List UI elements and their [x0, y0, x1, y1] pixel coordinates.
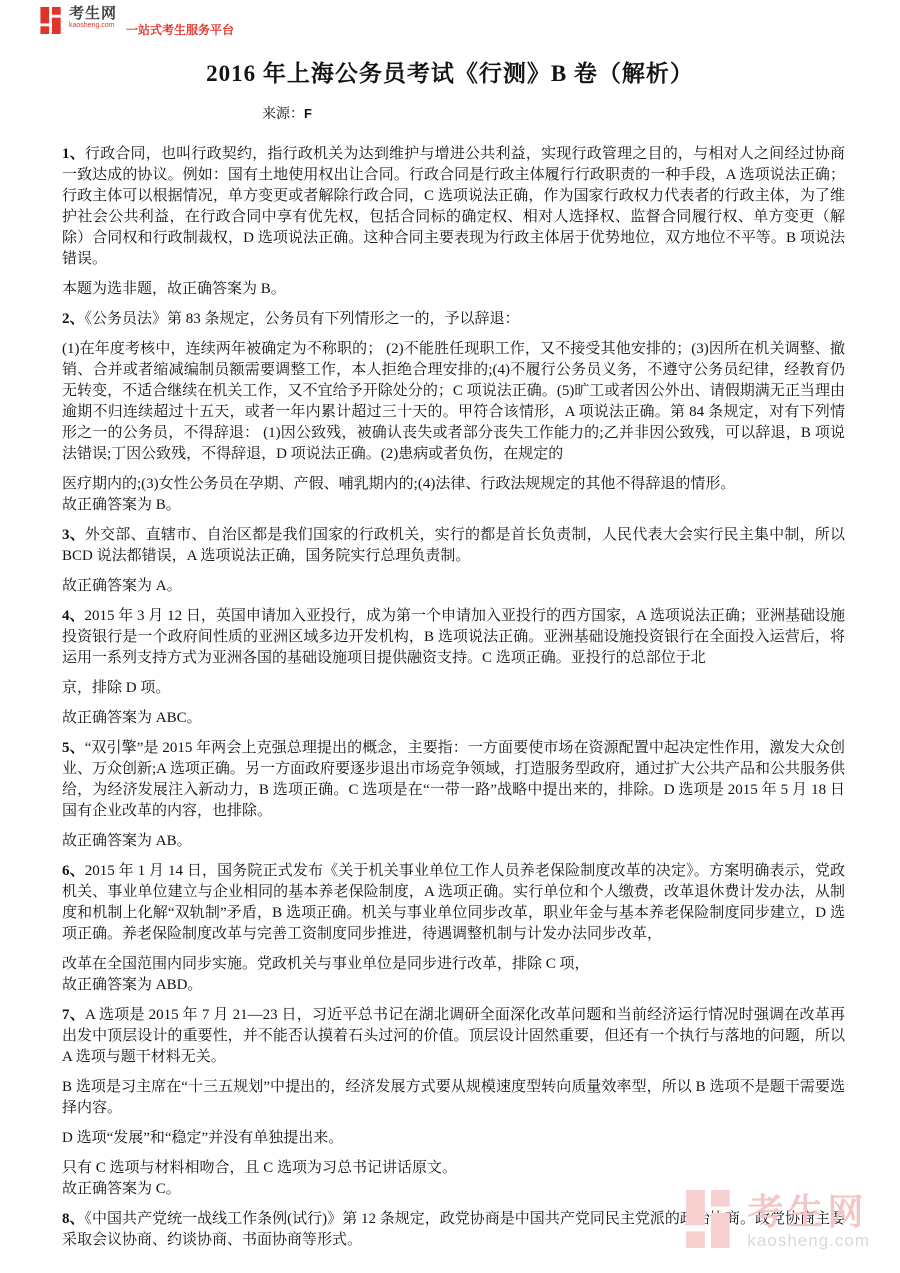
- source-value: F: [304, 106, 312, 121]
- paragraph-text: 行政合同，也叫行政契约，指行政机关为达到维护与增进公共利益，实现行政管理之目的，…: [62, 146, 845, 267]
- question-number: 1、: [62, 146, 85, 162]
- paragraph-text: 京，排除 D 项。: [62, 680, 170, 696]
- paragraph-text: 本题为选非题，故正确答案为 B。: [62, 281, 286, 297]
- paragraph: 3、外交部、直辖市、自治区都是我们国家的行政机关，实行的都是首长负责制，人民代表…: [62, 525, 845, 567]
- paragraph: 5、“双引擎”是 2015 年两会上克强总理提出的概念，主要指：一方面要使市场在…: [62, 738, 845, 822]
- watermark: 考生网 kaosheng.com: [685, 1190, 870, 1253]
- question-number: 2、: [62, 311, 85, 327]
- paragraph: 6、2015 年 1 月 14 日，国务院正式发布《关于机关事业单位工作人员养老…: [62, 861, 845, 945]
- paragraph-text: 只有 C 选项与材料相吻合，且 C 选项为习总书记讲话原文。 故正确答案为 C。: [62, 1160, 457, 1197]
- kaosheng-watermark-icon: [685, 1190, 737, 1253]
- paragraph: (1)在年度考核中，连续两年被确定为不称职的； (2)不能胜任现职工作，又不接受…: [62, 339, 845, 465]
- logo-name: 考生网: [69, 6, 117, 21]
- paragraph: 医疗期内的;(3)女性公务员在孕期、产假、哺乳期内的;(4)法律、行政法规规定的…: [62, 474, 845, 516]
- watermark-name-block: 考生网 kaosheng.com: [747, 1194, 870, 1249]
- paragraph: B 选项是习主席在“十三五规划”中提出的，经济发展方式要从规模速度型转向质量效率…: [62, 1077, 845, 1119]
- paragraph: 本题为选非题，故正确答案为 B。: [62, 279, 845, 300]
- logo-tagline: 一站式考生服务平台: [126, 21, 234, 38]
- logo-name-block: 考生网 kaosheng.com: [69, 6, 117, 29]
- paragraph-text: 故正确答案为 ABC。: [62, 710, 202, 726]
- question-number: 5、: [62, 740, 85, 756]
- paragraph: D 选项“发展”和“稳定”并没有单独提出来。: [62, 1128, 845, 1149]
- document-body: 1、行政合同，也叫行政契约，指行政机关为达到维护与增进公共利益，实现行政管理之目…: [0, 123, 900, 1251]
- paragraph-text: 故正确答案为 A。: [62, 578, 182, 594]
- paragraph: 故正确答案为 AB。: [62, 831, 845, 852]
- paragraph-text: “双引擎”是 2015 年两会上克强总理提出的概念，主要指：一方面要使市场在资源…: [62, 740, 845, 819]
- paragraph-text: 外交部、直辖市、自治区都是我们国家的行政机关，实行的都是首长负责制，人民代表大会…: [62, 527, 845, 564]
- paragraph-text: A 选项是 2015 年 7 月 21—23 日，习近平总书记在湖北调研全面深化…: [62, 1007, 845, 1065]
- watermark-domain: kaosheng.com: [747, 1232, 870, 1249]
- paragraph: 7、A 选项是 2015 年 7 月 21—23 日，习近平总书记在湖北调研全面…: [62, 1005, 845, 1068]
- paragraph-text: B 选项是习主席在“十三五规划”中提出的，经济发展方式要从规模速度型转向质量效率…: [62, 1079, 845, 1116]
- source-line: 来源：F: [0, 103, 900, 123]
- paragraph: 故正确答案为 A。: [62, 576, 845, 597]
- kaosheng-logo: 考生网 kaosheng.com 一站式考生服务平台: [40, 6, 900, 39]
- paragraph: 2、《公务员法》第 83 条规定，公务员有下列情形之一的，予以辞退：: [62, 309, 845, 330]
- page-header: 考生网 kaosheng.com 一站式考生服务平台: [0, 0, 900, 40]
- question-number: 3、: [62, 527, 85, 543]
- paragraph-text: 2015 年 3 月 12 日，英国申请加入亚投行，成为第一个申请加入亚投行的西…: [62, 608, 845, 666]
- paragraph-text: D 选项“发展”和“稳定”并没有单独提出来。: [62, 1130, 343, 1146]
- source-label: 来源：: [262, 107, 304, 122]
- paragraph-text: 《公务员法》第 83 条规定，公务员有下列情形之一的，予以辞退：: [85, 311, 520, 327]
- question-number: 6、: [62, 863, 85, 879]
- paragraph: 故正确答案为 ABC。: [62, 708, 845, 729]
- question-number: 4、: [62, 608, 85, 624]
- logo-domain: kaosheng.com: [69, 22, 117, 29]
- paragraph-text: (1)在年度考核中，连续两年被确定为不称职的； (2)不能胜任现职工作，又不接受…: [62, 341, 845, 462]
- kaosheng-logo-icon: [40, 7, 64, 39]
- question-number: 7、: [62, 1007, 85, 1023]
- paragraph: 改革在全国范围内同步实施。党政机关与事业单位是同步进行改革，排除 C 项， 故正…: [62, 954, 845, 996]
- question-number: 8、: [62, 1211, 85, 1227]
- paragraph-text: 故正确答案为 AB。: [62, 833, 192, 849]
- page-title: 2016 年上海公务员考试《行测》B 卷（解析）: [0, 55, 900, 88]
- paragraph: 1、行政合同，也叫行政契约，指行政机关为达到维护与增进公共利益，实现行政管理之目…: [62, 144, 845, 270]
- document-page: 考生网 kaosheng.com 一站式考生服务平台 2016 年上海公务员考试…: [0, 0, 900, 1273]
- paragraph-text: 医疗期内的;(3)女性公务员在孕期、产假、哺乳期内的;(4)法律、行政法规规定的…: [62, 476, 735, 513]
- paragraph: 4、2015 年 3 月 12 日，英国申请加入亚投行，成为第一个申请加入亚投行…: [62, 606, 845, 669]
- paragraph-text: 改革在全国范围内同步实施。党政机关与事业单位是同步进行改革，排除 C 项， 故正…: [62, 956, 590, 993]
- watermark-name: 考生网: [747, 1194, 870, 1230]
- paragraph-text: 2015 年 1 月 14 日，国务院正式发布《关于机关事业单位工作人员养老保险…: [62, 863, 845, 942]
- paragraph: 京，排除 D 项。: [62, 678, 845, 699]
